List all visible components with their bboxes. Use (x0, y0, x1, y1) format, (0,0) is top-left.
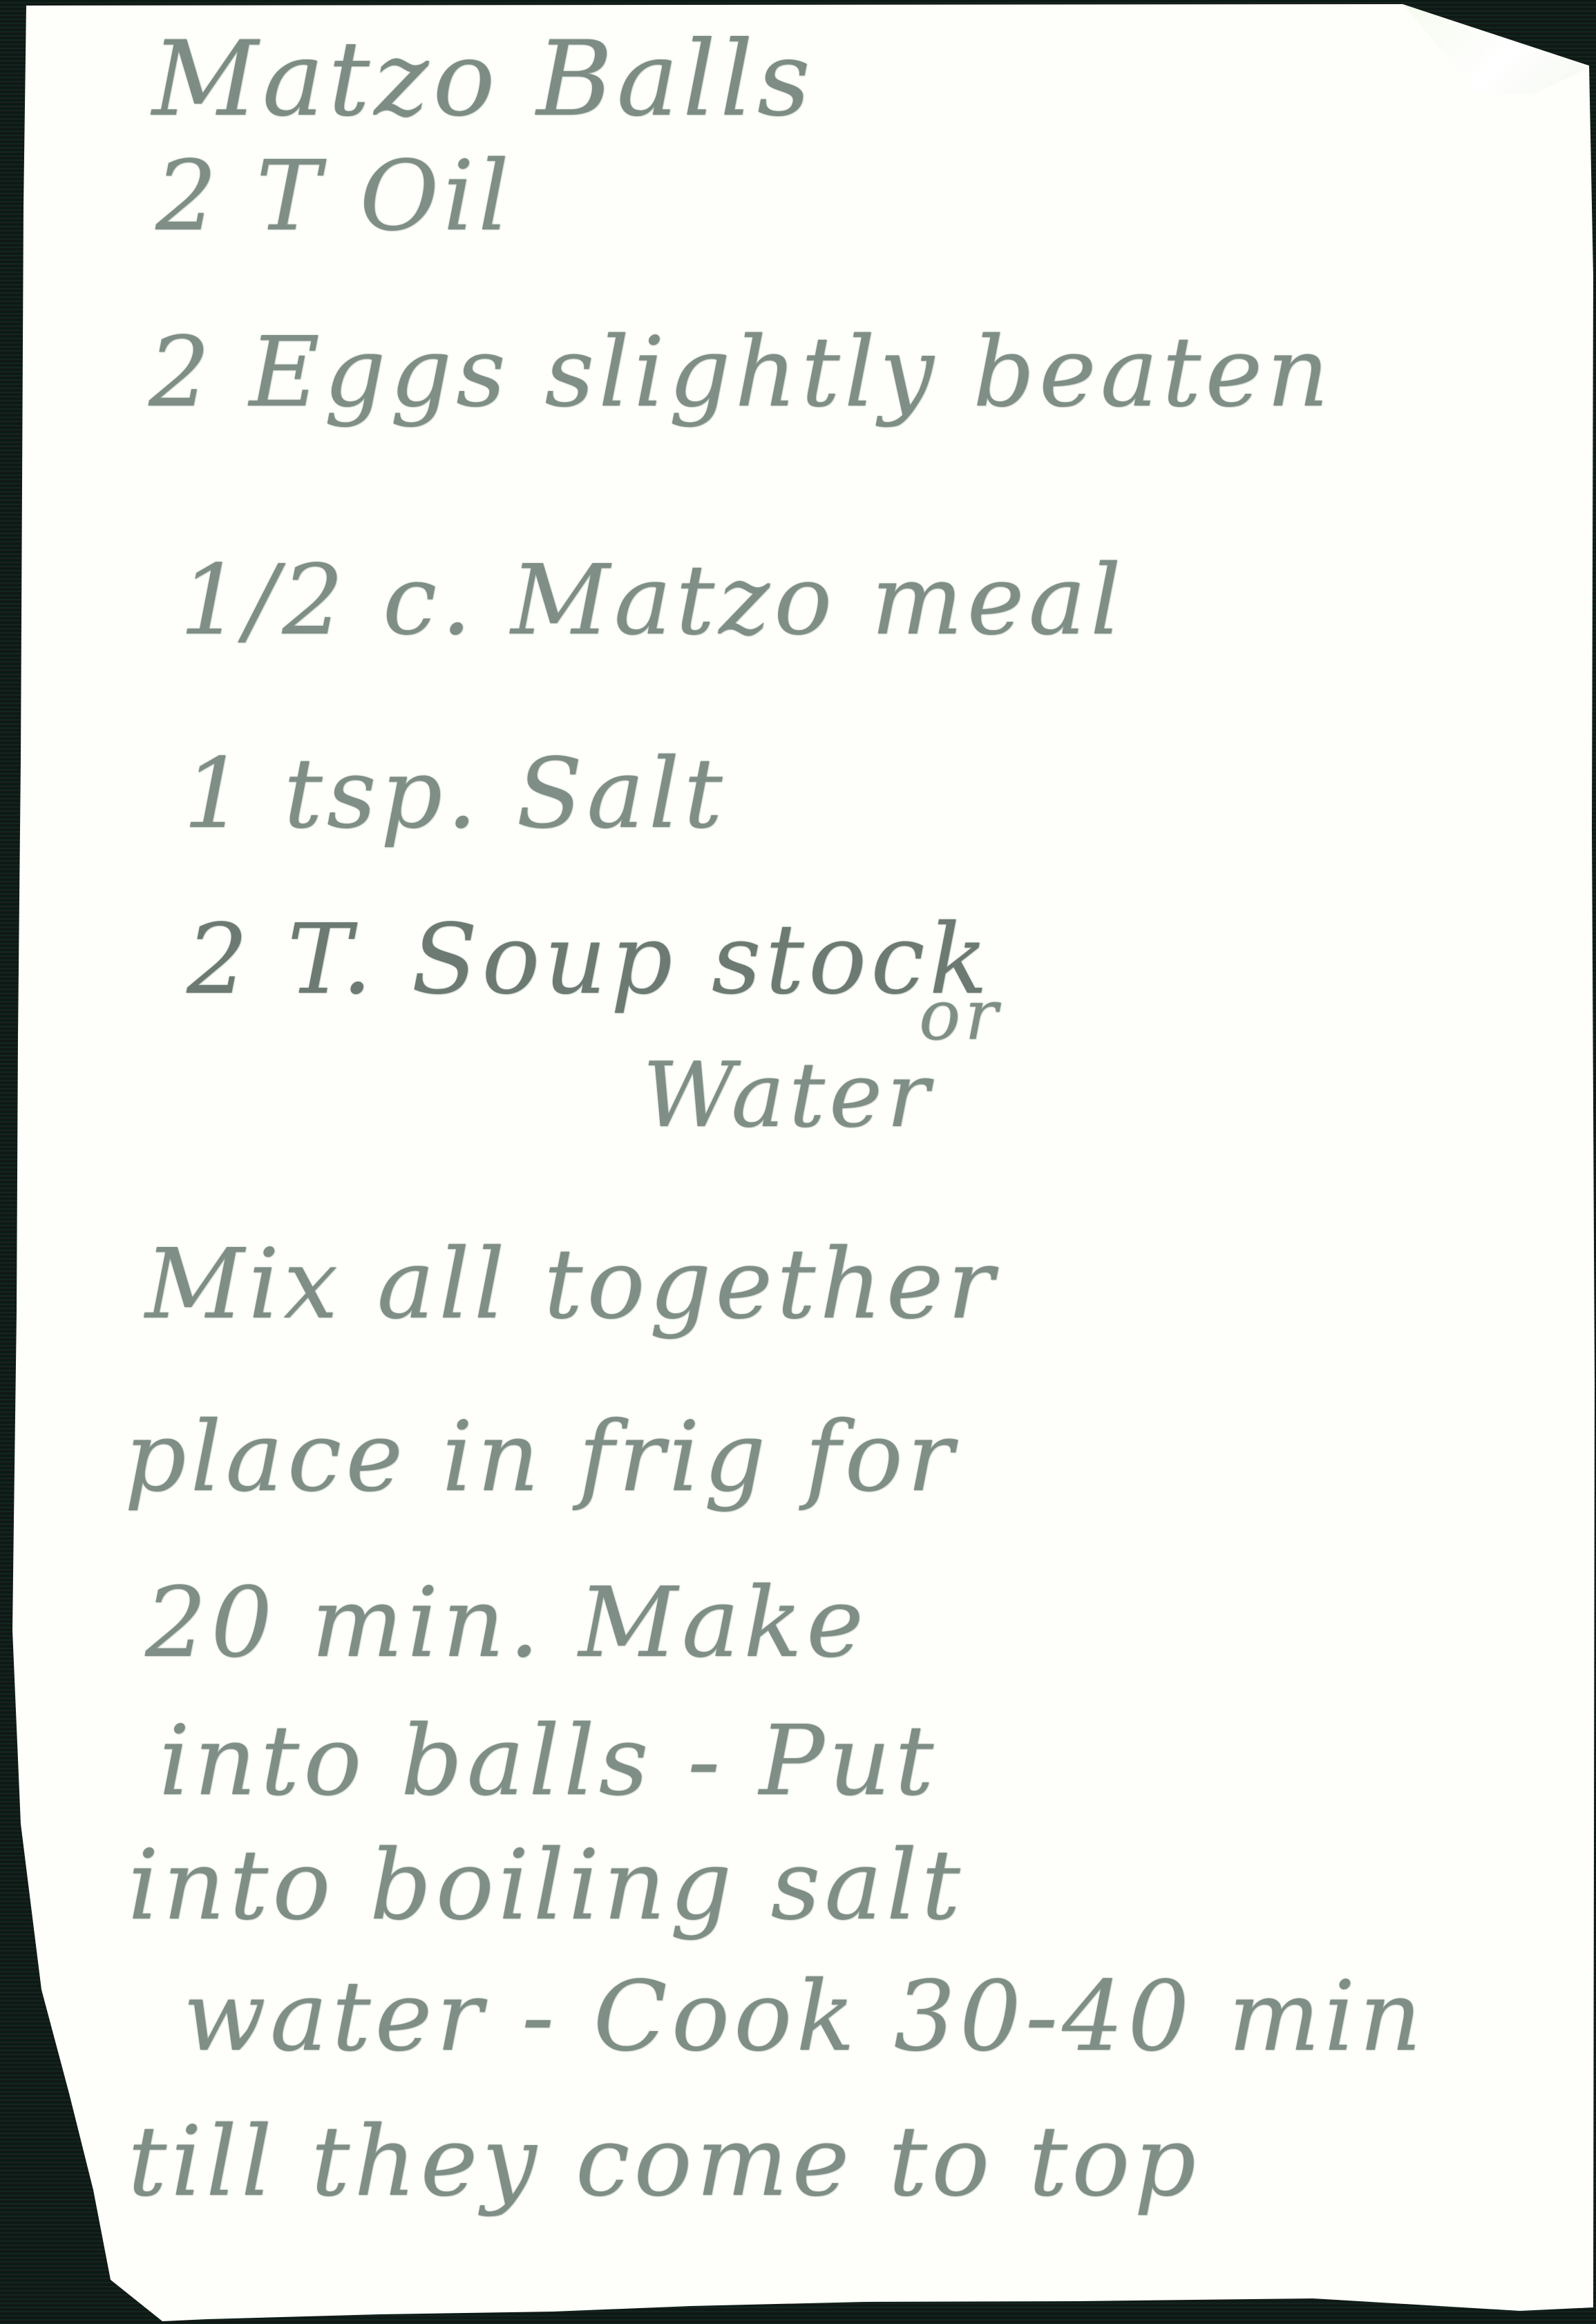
ingredient-line: Water (643, 1050, 933, 1140)
ingredient-line: 2 T Oil (155, 149, 513, 245)
ingredient-line: 1/2 c. Matzo meal (180, 553, 1125, 649)
instruction-line: water - Cook 30-40 min (183, 1969, 1425, 2066)
ingredient-line-or: or (919, 981, 1002, 1050)
instruction-line: place in frig for (124, 1409, 958, 1506)
recipe-title: Matzo Balls (152, 28, 815, 131)
instruction-line: till they come to top (128, 2114, 1200, 2211)
instruction-line: 20 min. Make (145, 1575, 868, 1672)
ingredient-line: 2 T. Soup stock (187, 912, 992, 1009)
instruction-line: into balls - Put (159, 1713, 938, 1810)
instruction-line: into boiling salt (128, 1838, 965, 1934)
ingredient-line: 2 Eggs slightly beaten (149, 325, 1333, 421)
instruction-line: Mix all together (145, 1237, 998, 1333)
ingredient-line: 1 tsp. Salt (183, 746, 727, 843)
